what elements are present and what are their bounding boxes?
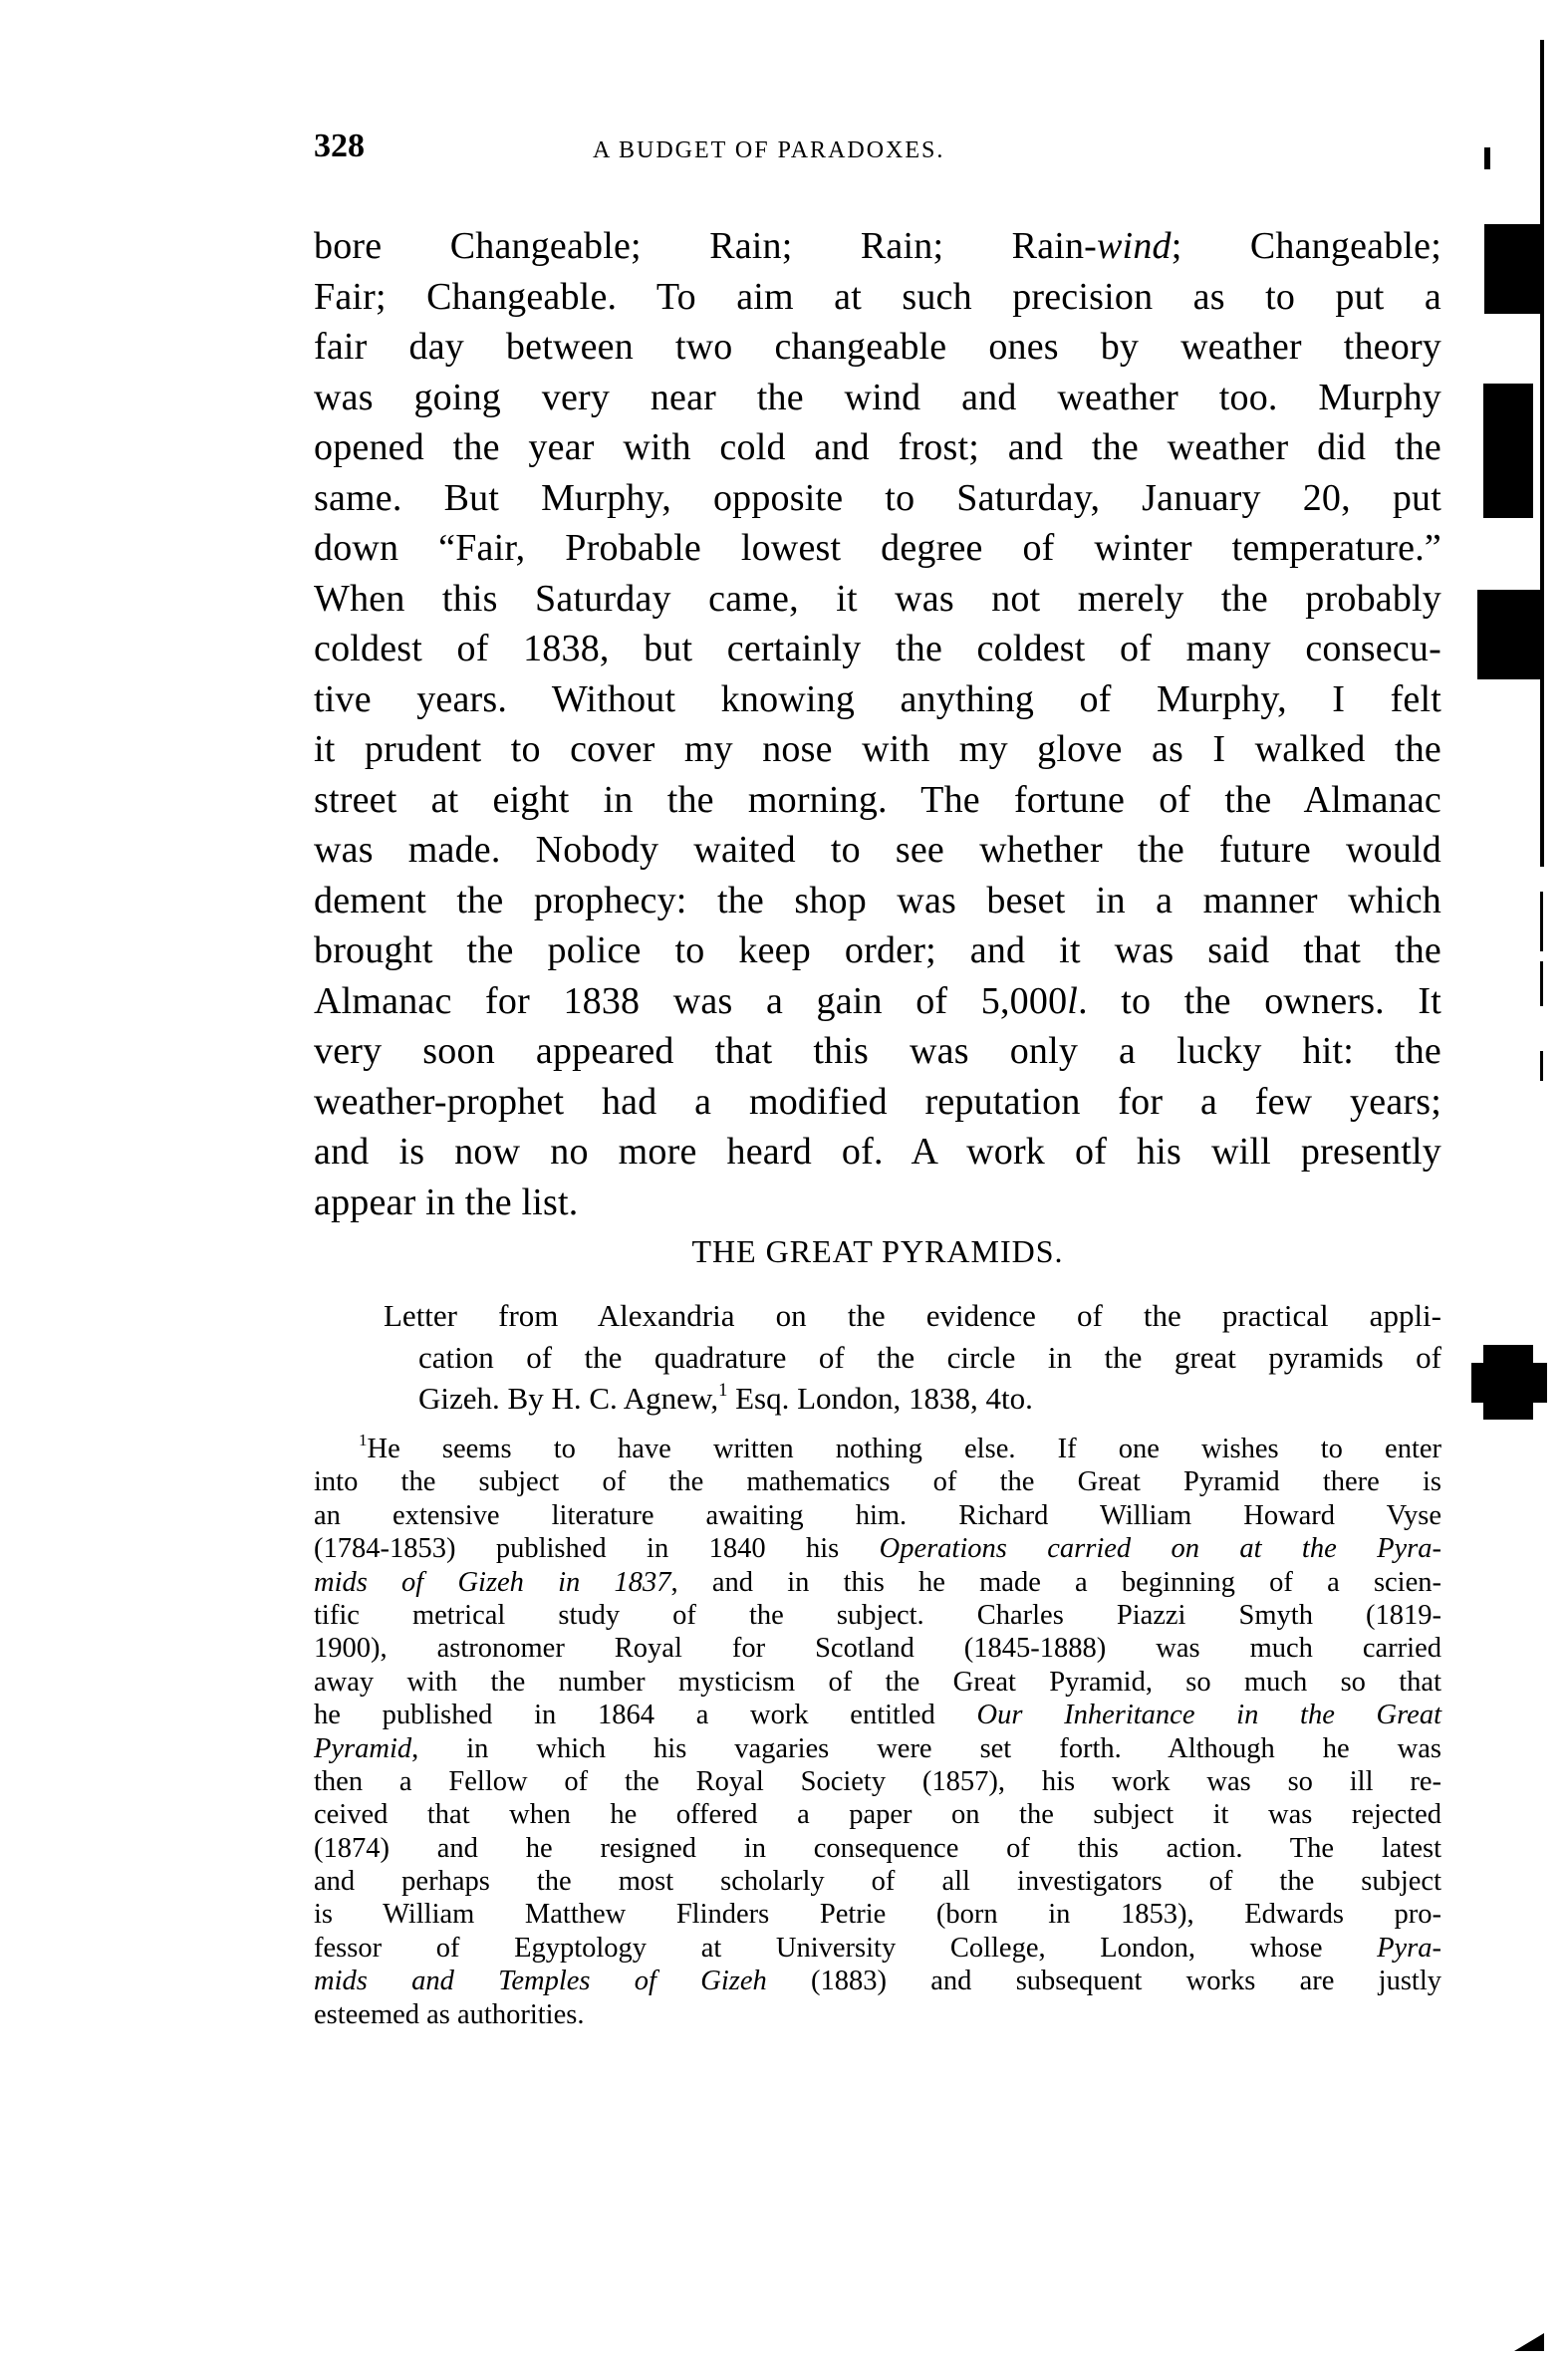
body-line: it prudent to cover my nose with my glov… [314,724,1441,775]
body-line: dement the prophecy: the shop was beset … [314,876,1441,926]
scan-blob [1484,244,1540,289]
scan-tick-mark [1484,147,1490,169]
italic-text: l [1067,980,1078,1022]
body-line: When this Saturday came, it was not mere… [314,574,1441,625]
page-header: 328 A BUDGET OF PARADOXES. [314,128,1439,177]
bibliographic-citation: Letter from Alexandria on the evidence o… [384,1295,1441,1420]
footnote-line: 1He seems to have written nothing else. … [314,1433,1441,1465]
scan-blob [1483,1345,1533,1420]
footnote-line: (1874) and he resigned in consequence of… [314,1832,1441,1865]
scan-edge-mark [1540,892,1543,951]
body-line: same. But Murphy, opposite to Saturday, … [314,473,1441,524]
italic-text: Our Inheritance in the Great [976,1700,1441,1730]
body-line: appear in the list. [314,1178,1441,1228]
italic-text: mids of Gizeh in 1837 [314,1567,671,1598]
running-head: A BUDGET OF PARADOXES. [593,137,944,164]
italic-text: wind [1097,225,1172,267]
scan-blob [1477,590,1540,679]
body-line: coldest of 1838, but certainly the colde… [314,624,1441,674]
footnote-line: away with the number mysticism of the Gr… [314,1666,1441,1699]
footnote-line: and perhaps the most scholarly of all in… [314,1865,1441,1898]
footnote-line: ceived that when he offered a paper on t… [314,1798,1441,1831]
body-line: fair day between two changeable ones by … [314,322,1441,373]
body-line: brought the police to keep order; and it… [314,925,1441,976]
footnote-line: esteemed as authorities. [314,1998,1441,2031]
footnote: 1He seems to have written nothing else. … [314,1433,1441,2031]
footnote-line: an extensive literature awaiting him. Ri… [314,1499,1441,1532]
body-line: very soon appeared that this was only a … [314,1026,1441,1077]
scan-edge-mark [1540,961,1543,1006]
footnote-line: mids and Temples of Gizeh (1883) and sub… [314,1965,1441,1997]
body-line: tive years. Without knowing anything of … [314,674,1441,725]
italic-text: Pyra- [1377,1933,1441,1964]
footnote-line: mids of Gizeh in 1837, and in this he ma… [314,1566,1441,1599]
scan-edge-mark [1540,1051,1543,1081]
footnote-line: tific metrical study of the subject. Cha… [314,1599,1441,1632]
footnote-reference: 1 [718,1380,727,1401]
footnote-line: (1784-1853) published in 1840 his Operat… [314,1532,1441,1565]
italic-text: mids and Temples of Gizeh [314,1966,767,1996]
body-line: was going very near the wind and weather… [314,373,1441,423]
footnote-line: he published in 1864 a work entitled Our… [314,1699,1441,1731]
body-line: Fair; Changeable. To aim at such precisi… [314,272,1441,323]
body-line: down “Fair, Probable lowest degree of wi… [314,523,1441,574]
body-line: bore Changeable; Rain; Rain; Rain-wind; … [314,221,1441,272]
corner-mark [1514,2333,1544,2351]
citation-line: cation of the quadrature of the circle i… [384,1337,1441,1379]
body-line: opened the year with cold and frost; and… [314,422,1441,473]
footnote-line: into the subject of the mathematics of t… [314,1465,1441,1498]
citation-line: Gizeh. By H. C. Agnew,1 Esq. London, 183… [384,1378,1441,1420]
body-line: street at eight in the morning. The fort… [314,775,1441,826]
italic-text: Pyramid [314,1733,411,1764]
page-number: 328 [314,128,365,165]
footnote-marker: 1 [359,1431,368,1449]
section-heading: THE GREAT PYRAMIDS. [314,1233,1441,1270]
body-line: was made. Nobody waited to see whether t… [314,825,1441,876]
body-line: Almanac for 1838 was a gain of 5,000l. t… [314,976,1441,1027]
footnote-line: Pyramid, in which his vagaries were set … [314,1732,1441,1765]
scan-blob [1483,384,1533,518]
body-line: and is now no more heard of. A work of h… [314,1127,1441,1178]
footnote-line: then a Fellow of the Royal Society (1857… [314,1765,1441,1798]
body-line: weather-prophet had a modified reputatio… [314,1077,1441,1128]
body-paragraph: bore Changeable; Rain; Rain; Rain-wind; … [314,221,1441,1227]
citation-line: Letter from Alexandria on the evidence o… [384,1295,1441,1337]
italic-text: Operations carried on at the Pyra- [880,1533,1441,1564]
footnote-line: fessor of Egyptology at University Colle… [314,1932,1441,1965]
footnote-line: 1900), astronomer Royal for Scotland (18… [314,1632,1441,1665]
footnote-line: is William Matthew Flinders Petrie (born… [314,1898,1441,1931]
scan-edge-line [1540,40,1544,867]
